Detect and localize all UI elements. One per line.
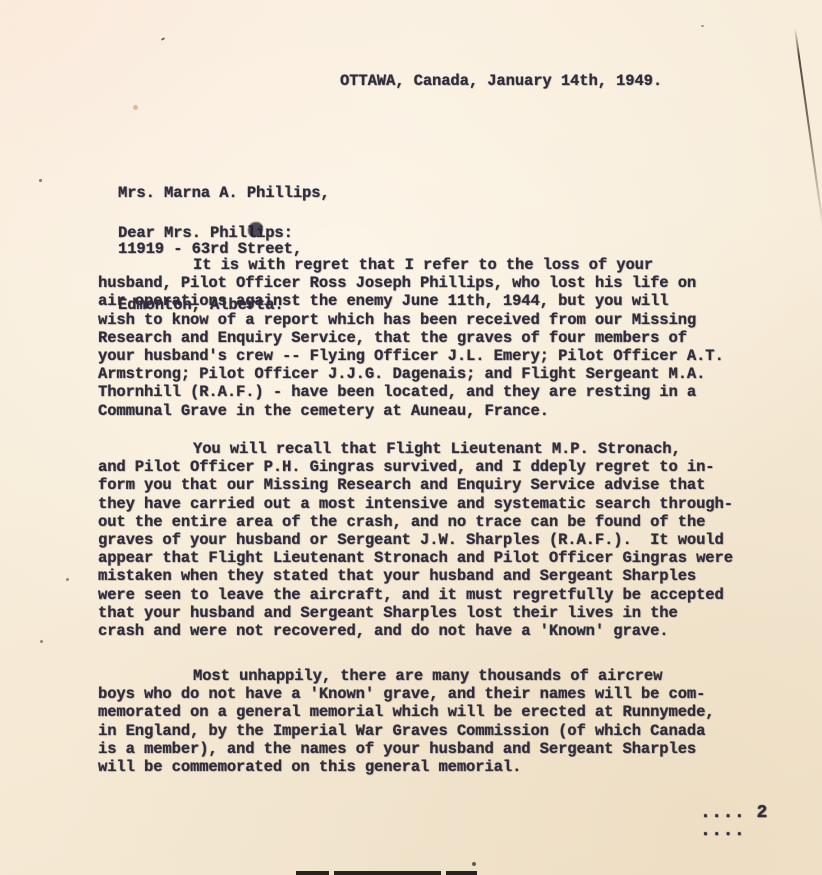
paragraph-search-results: You will recall that Flight Lieutenant M… xyxy=(98,440,798,640)
paper-speck xyxy=(161,37,165,41)
salutation: Dear Mrs. Phillips: xyxy=(118,224,293,242)
paper-speck xyxy=(133,105,138,110)
scan-artifact-bar xyxy=(446,871,477,875)
paper-speck xyxy=(472,862,476,866)
paper-speck xyxy=(40,640,43,643)
recipient-name: Mrs. Marna A. Phillips, xyxy=(118,184,330,203)
paper-crease xyxy=(794,28,822,231)
paragraph-grave-report: It is with regret that I refer to the lo… xyxy=(98,256,798,420)
paper-speck xyxy=(66,578,69,581)
paper-speck xyxy=(701,25,704,27)
date-line: OTTAWA, Canada, January 14th, 1949. xyxy=(340,72,662,90)
paragraph-memorial: Most unhappily, there are many thousands… xyxy=(98,667,798,776)
scan-artifact-bar xyxy=(296,871,329,875)
paper-speck xyxy=(39,179,42,182)
letter-page: OTTAWA, Canada, January 14th, 1949. Mrs.… xyxy=(0,0,822,875)
scan-artifact-bar xyxy=(334,871,441,875)
page-number-footer: .... 2 .... xyxy=(700,804,822,840)
